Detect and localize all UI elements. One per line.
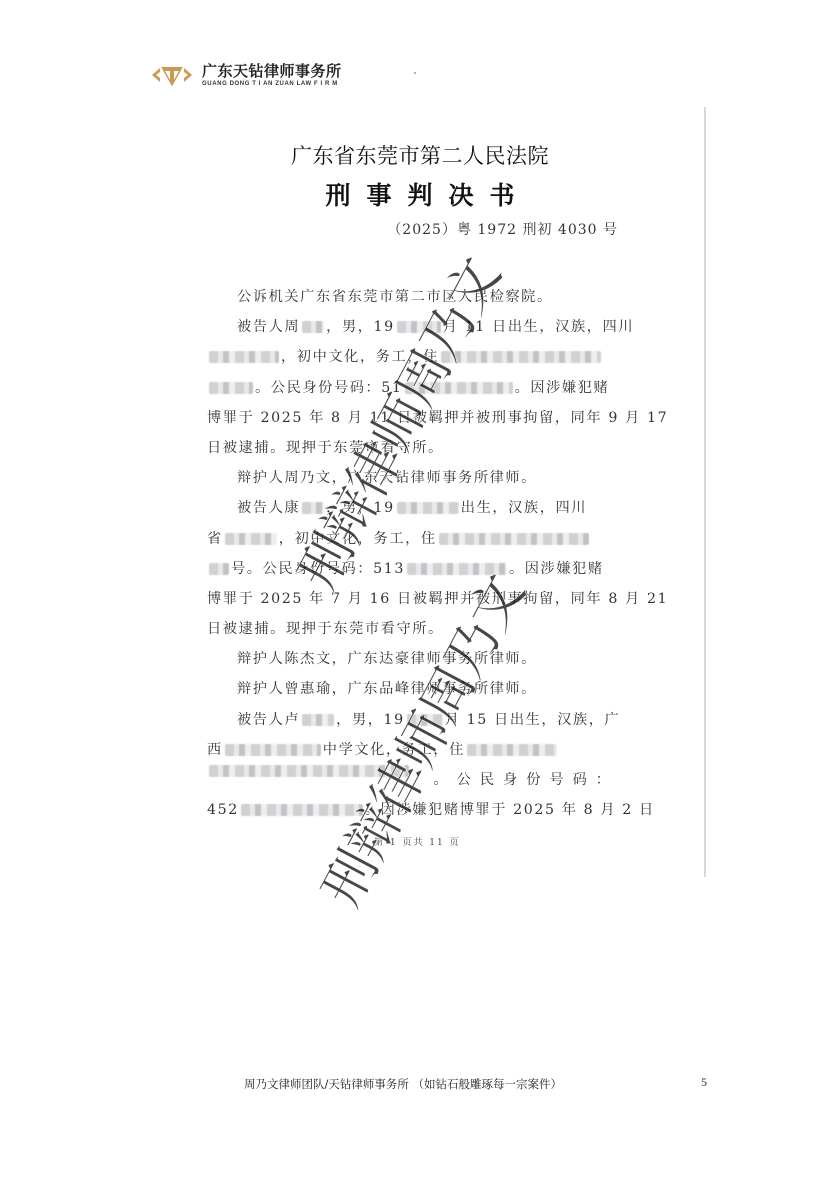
redacted-birthdate — [397, 502, 459, 514]
defendant-1-line: 。公民身份号码：51。因涉嫌犯赌 — [207, 373, 619, 403]
redacted-id-number — [405, 382, 513, 394]
firm-header: 广东天钻律师事务所 GUANG DONG T I AN ZUAN LAW F I… — [148, 62, 342, 88]
defendant-2-line: 省，初中文化，务工，住 — [207, 524, 619, 554]
redacted-name — [302, 502, 324, 514]
defendant-1-line: 被告人周，男，19月 11 日出生，汉族，四川 — [207, 312, 619, 342]
defense-counsel-line: 辩护人周乃文，广东天钻律师事务所律师。 — [207, 463, 619, 493]
firm-name: 广东天钻律师事务所 GUANG DONG T I AN ZUAN LAW F I… — [202, 64, 342, 87]
redacted-name — [302, 714, 334, 726]
scan-page-count: 第 1 页共 11 页 — [374, 835, 461, 848]
case-number: （2025）粤 1972 刑初 4030 号 — [387, 219, 618, 239]
detention-line: 日被逮捕。现押于东莞市看守所。 — [207, 614, 619, 644]
redacted-birthplace — [209, 351, 279, 363]
redacted-id-number — [407, 563, 507, 575]
defense-counsel-line: 辩护人曾惠瑜，广东品峰律师事务所律师。 — [207, 674, 619, 704]
redacted-birthplace — [225, 744, 321, 756]
redacted-birthdate — [407, 714, 443, 726]
prosecutor-line: 公诉机关广东省东莞市第二市区人民检察院。 — [207, 282, 619, 312]
document-type-title: 刑事判决书 — [200, 176, 640, 212]
stray-dot — [414, 72, 416, 74]
defendant-3-line: 被告人卢，男，19月 15 日出生，汉族，广 — [207, 705, 619, 735]
defendant-2-line: 被告人康，男，19出生，汉族，四川 — [207, 493, 619, 523]
defendant-3-line: 西中学文化，务工，住 — [207, 735, 619, 765]
court-name: 广东省东莞市第二人民法院 — [200, 140, 640, 170]
page-number: 5 — [701, 1075, 707, 1090]
firm-name-cn: 广东天钻律师事务所 — [202, 64, 342, 79]
defense-counsel-line: 辩护人陈杰文，广东达豪律师事务所律师。 — [207, 644, 619, 674]
diamond-logo-icon — [148, 64, 196, 86]
redacted-address — [439, 533, 589, 545]
detention-line: 博罪于 2025 年 8 月 11 日被羁押并被刑事拘留，同年 9 月 17 — [207, 403, 619, 433]
redacted-address — [209, 563, 229, 575]
detention-line: 博罪于 2025 年 7 月 16 日被羁押并被刑事拘留，同年 8 月 21 — [207, 584, 619, 614]
redacted-address — [441, 351, 601, 363]
redacted-address — [467, 744, 557, 756]
defendant-2-line: 号。公民身份号码：513。因涉嫌犯赌 — [207, 554, 619, 584]
defendant-3-line: 452。因涉嫌犯赌博罪于 2025 年 8 月 2 日 — [207, 795, 619, 825]
redacted-address — [209, 382, 253, 394]
redacted-name — [302, 321, 324, 333]
defendant-1-line: ，初中文化，务工，住 — [207, 342, 619, 372]
firm-name-en: GUANG DONG T I AN ZUAN LAW F I R M — [202, 81, 342, 87]
detention-line: 日被逮捕。现押于东莞市看守所。 — [207, 433, 619, 463]
judgment-body: 公诉机关广东省东莞市第二市区人民检察院。 被告人周，男，19月 11 日出生，汉… — [207, 282, 619, 825]
scan-page-edge — [704, 107, 706, 877]
redacted-id-number — [241, 804, 363, 816]
redacted-address — [209, 765, 409, 777]
page-footer: 周乃文律师团队/天钻律师事务所 （如钻石般雕琢每一宗案件） — [244, 1076, 562, 1092]
defendant-3-line: 。公民身份号码： — [207, 765, 619, 795]
redacted-birthdate — [397, 321, 441, 333]
redacted-birthplace — [225, 533, 277, 545]
